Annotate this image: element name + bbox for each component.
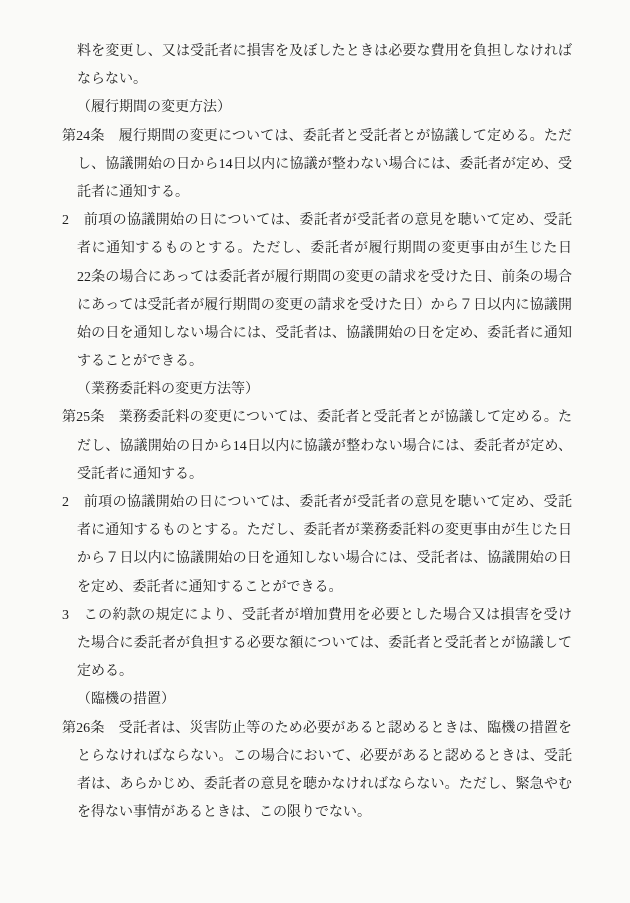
text-line-4: 第24条 履行期間の変更については、委託者と受託者とが協議して定める。ただ: [62, 123, 572, 151]
text-line-7: 2 前項の協議開始の日については、委託者が受託者の意見を聴いて定め、受託: [62, 207, 572, 235]
text-line-11: 始の日を通知しない場合には、受託者は、協議開始の日を定め、委託者に通知: [77, 320, 572, 348]
text-line-13: （業務委託料の変更方法等）: [77, 376, 572, 404]
text-line-15: だし、協議開始の日から14日以内に協議が整わない場合には、委託者が定め、: [77, 433, 572, 461]
text-line-5: し、協議開始の日から14日以内に協議が整わない場合には、委託者が定め、受: [77, 151, 572, 179]
text-line-12: することができる。: [77, 348, 572, 376]
text-line-3: （履行期間の変更方法）: [77, 94, 572, 122]
text-line-26: とらなければならない。この場合において、必要があると認めるときは、受託: [77, 743, 572, 771]
document-body: 料を変更し、又は受託者に損害を及ぼしたときは必要な費用を負担しなければならない。…: [62, 38, 572, 827]
text-line-8: 者に通知するものとする。ただし、委託者が履行期間の変更事由が生じた日（第: [77, 235, 572, 263]
text-line-21: 3 この約款の規定により、受託者が増加費用を必要とした場合又は損害を受け: [62, 602, 572, 630]
text-line-24: （臨機の措置）: [77, 686, 572, 714]
text-line-10: にあっては受託者が履行期間の変更の請求を受けた日）から７日以内に協議開: [77, 292, 572, 320]
text-line-20: を定め、委託者に通知することができる。: [77, 574, 572, 602]
text-line-6: 託者に通知する。: [77, 179, 572, 207]
text-line-16: 受託者に通知する。: [77, 461, 572, 489]
text-line-28: を得ない事情があるときは、この限りでない。: [77, 799, 572, 827]
text-line-17: 2 前項の協議開始の日については、委託者が受託者の意見を聴いて定め、受託: [62, 489, 572, 517]
document-page: 料を変更し、又は受託者に損害を及ぼしたときは必要な費用を負担しなければならない。…: [0, 0, 630, 903]
text-line-22: た場合に委託者が負担する必要な額については、委託者と受託者とが協議して: [77, 630, 572, 658]
text-line-14: 第25条 業務委託料の変更については、委託者と受託者とが協議して定める。た: [62, 404, 572, 432]
text-line-1: 料を変更し、又は受託者に損害を及ぼしたときは必要な費用を負担しなければ: [77, 38, 572, 66]
text-line-23: 定める。: [77, 658, 572, 686]
text-line-25: 第26条 受託者は、災害防止等のため必要があると認めるときは、臨機の措置を: [62, 715, 572, 743]
text-line-2: ならない。: [77, 66, 572, 94]
text-line-19: から７日以内に協議開始の日を通知しない場合には、受託者は、協議開始の日: [77, 545, 572, 573]
text-line-27: 者は、あらかじめ、委託者の意見を聴かなければならない。ただし、緊急やむ: [77, 771, 572, 799]
text-line-18: 者に通知するものとする。ただし、委託者が業務委託料の変更事由が生じた日: [77, 517, 572, 545]
text-line-9: 22条の場合にあっては委託者が履行期間の変更の請求を受けた日、前条の場合: [77, 264, 572, 292]
